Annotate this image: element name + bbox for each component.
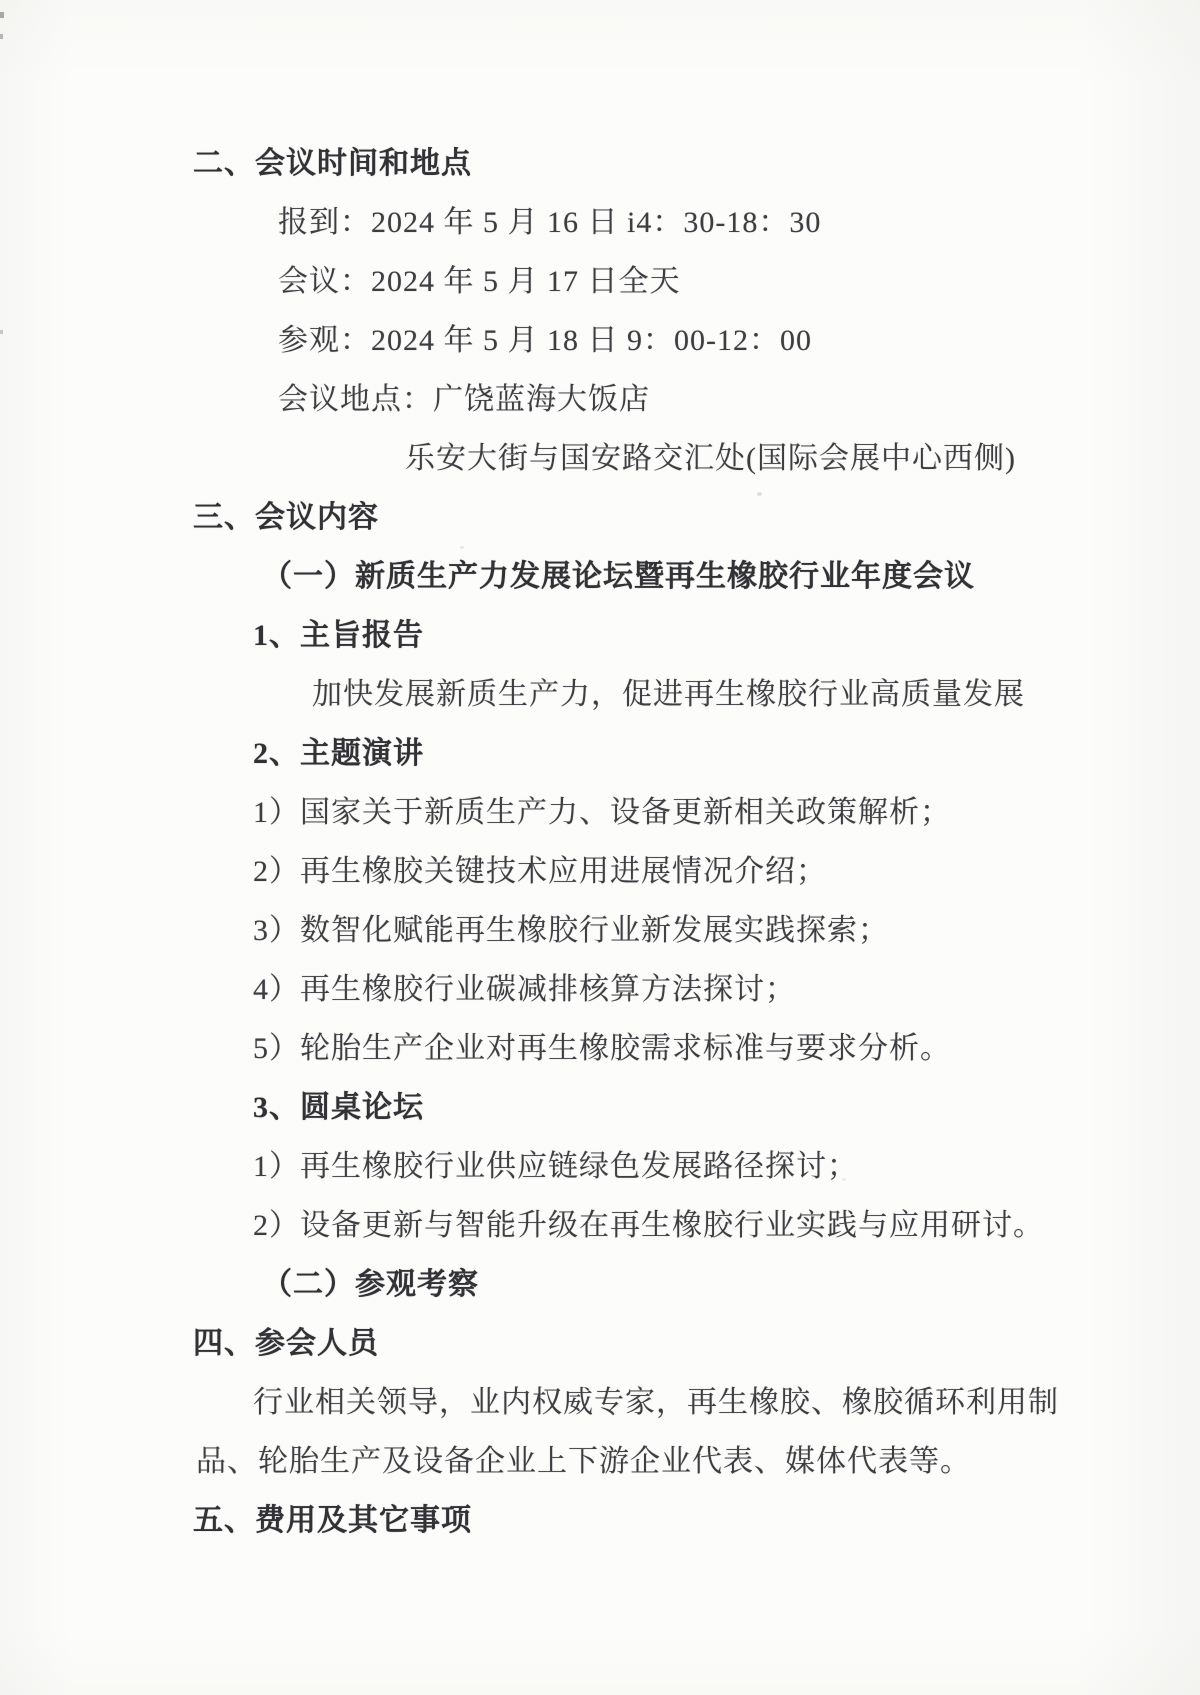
heading-meeting-content: 三、会议内容 bbox=[193, 502, 1200, 534]
line-registration-time: 报到：2024 年 5 月 16 日 i4：30-18：30 bbox=[278, 207, 1200, 239]
heading-fees-other-matters: 五、费用及其它事项 bbox=[193, 1505, 1200, 1537]
line-visit-time: 参观：2024 年 5 月 18 日 9：00-12：00 bbox=[278, 325, 1200, 357]
subheading-keynote-report: 1、主旨报告 bbox=[253, 620, 1200, 652]
participants-paragraph-line-1: 行业相关领导，业内权威专家，再生橡胶、橡胶循环利用制 bbox=[253, 1387, 1200, 1419]
line-keynote-title: 加快发展新质生产力，促进再生橡胶行业高质量发展 bbox=[312, 679, 1200, 711]
heading-meeting-time-location: 二、会议时间和地点 bbox=[193, 148, 1200, 180]
scan-edge-artifact bbox=[0, 34, 3, 39]
subheading-theme-speeches: 2、主题演讲 bbox=[253, 738, 1200, 770]
line-venue-address: 乐安大街与国安路交汇处(国际会展中心西侧) bbox=[405, 443, 1200, 475]
scan-speck bbox=[460, 546, 464, 549]
speech-item-5: 5）轮胎生产企业对再生橡胶需求标准与要求分析。 bbox=[253, 1033, 1200, 1065]
speech-item-2: 2）再生橡胶关键技术应用进展情况介绍； bbox=[253, 856, 1200, 888]
subheading-forum-annual-meeting: （一）新质生产力发展论坛暨再生橡胶行业年度会议 bbox=[262, 561, 1200, 593]
participants-paragraph-line-2: 品、轮胎生产及设备企业上下游企业代表、媒体代表等。 bbox=[196, 1446, 1200, 1478]
speech-item-1: 1）国家关于新质生产力、设备更新相关政策解析； bbox=[253, 797, 1200, 829]
scan-speck bbox=[757, 492, 762, 496]
scan-speck bbox=[842, 1178, 846, 1181]
speech-item-4: 4）再生橡胶行业碳减排核算方法探讨； bbox=[253, 974, 1200, 1006]
roundtable-item-2: 2）设备更新与智能升级在再生橡胶行业实践与应用研讨。 bbox=[253, 1210, 1200, 1242]
line-meeting-time: 会议：2024 年 5 月 17 日全天 bbox=[278, 266, 1200, 298]
subheading-roundtable-forum: 3、圆桌论坛 bbox=[253, 1092, 1200, 1124]
line-meeting-venue: 会议地点：广饶蓝海大饭店 bbox=[278, 384, 1200, 416]
scan-edge-artifact bbox=[0, 330, 3, 334]
subheading-visit-tour: （二）参观考察 bbox=[262, 1269, 1200, 1301]
heading-participants: 四、参会人员 bbox=[193, 1328, 1200, 1360]
roundtable-item-1: 1）再生橡胶行业供应链绿色发展路径探讨； bbox=[253, 1151, 1200, 1183]
document-content: 二、会议时间和地点 报到：2024 年 5 月 16 日 i4：30-18：30… bbox=[0, 0, 1200, 1564]
scan-edge-artifact bbox=[0, 12, 4, 18]
speech-item-3: 3）数智化赋能再生橡胶行业新发展实践探索； bbox=[253, 915, 1200, 947]
scanned-document-page: 二、会议时间和地点 报到：2024 年 5 月 16 日 i4：30-18：30… bbox=[0, 0, 1200, 1695]
